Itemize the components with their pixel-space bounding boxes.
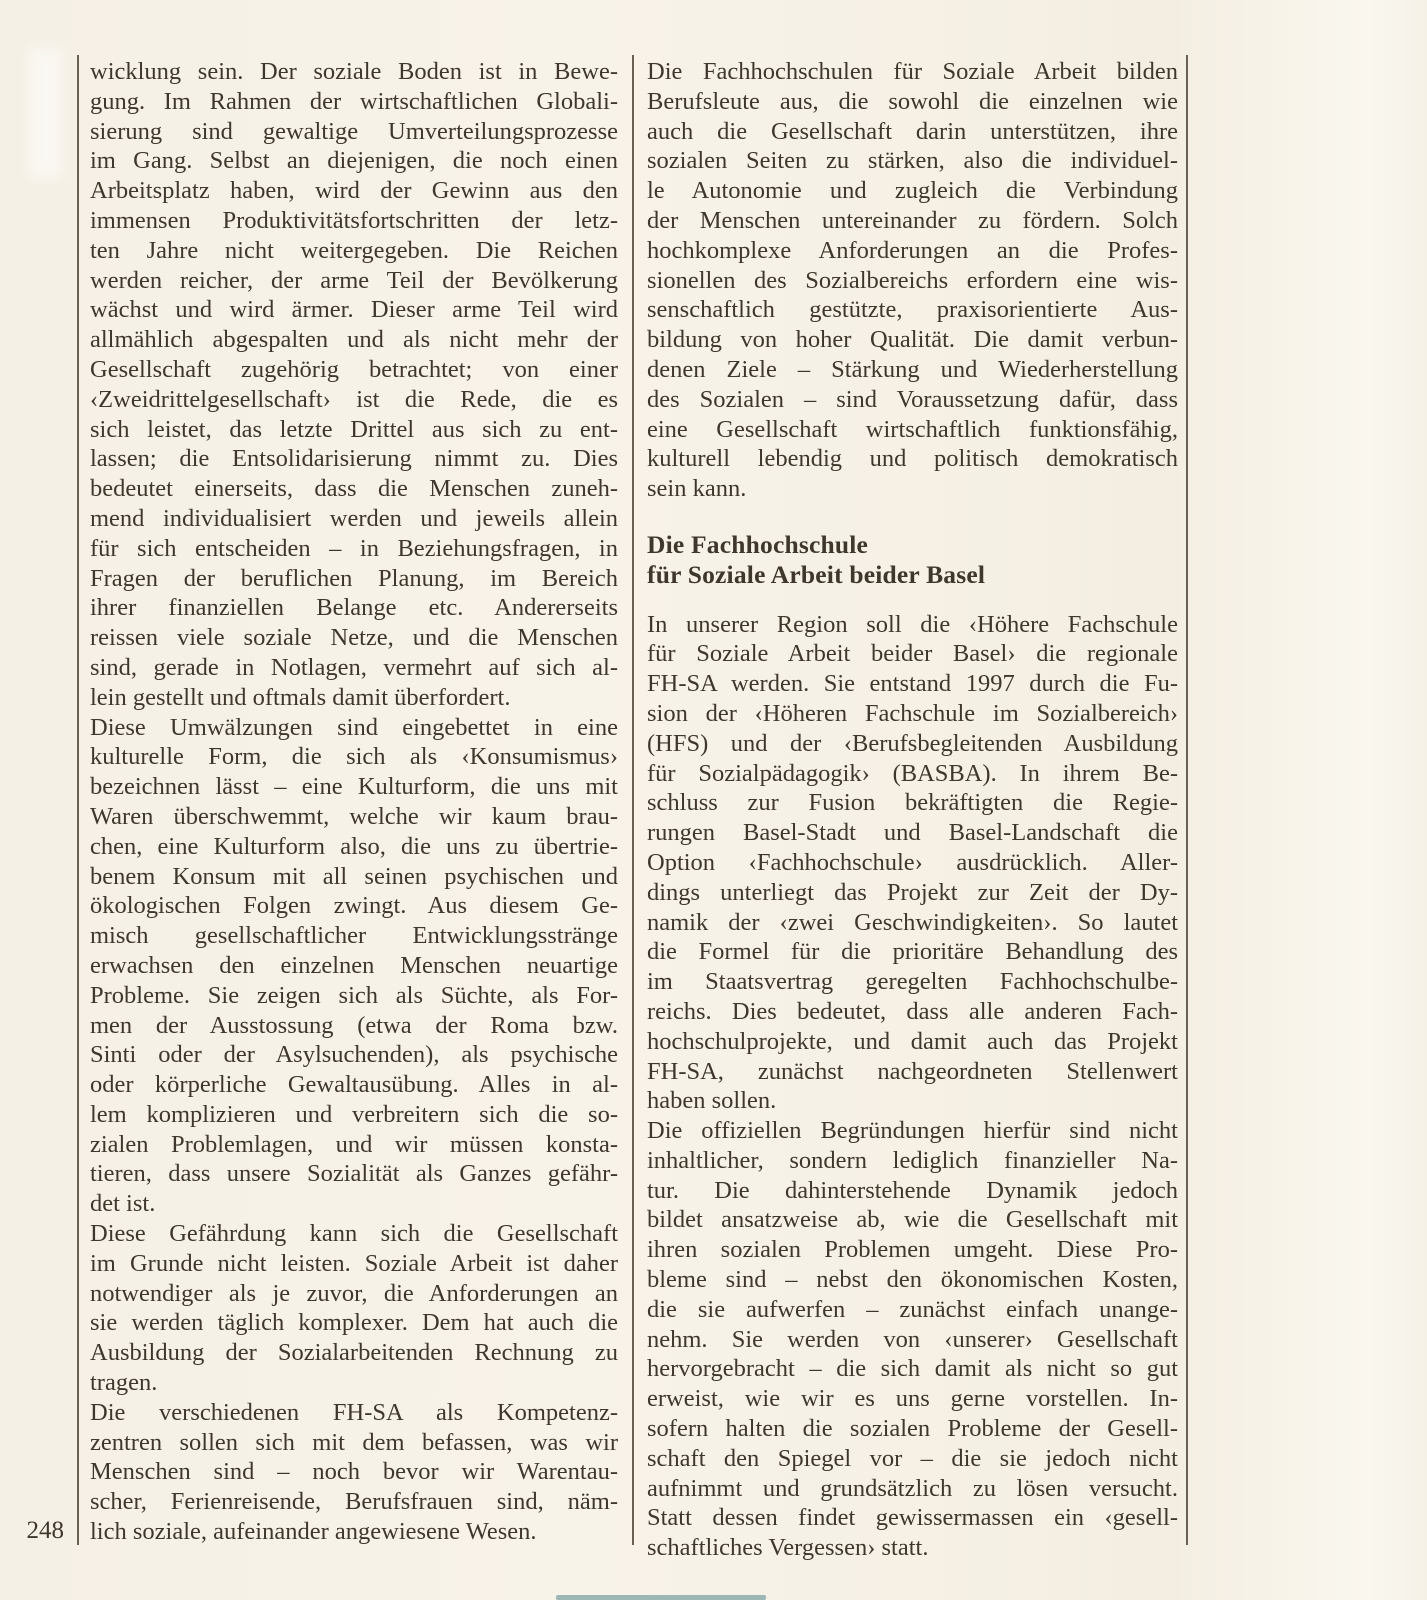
text-line: oder körperliche Gewaltausübung. Alles i…: [90, 1070, 618, 1100]
text-line: erwachsen den einzelnen Menschen neuarti…: [90, 951, 618, 981]
text-line: schluss zur Fusion bekräftigten die Regi…: [647, 788, 1178, 818]
heading-line: für Soziale Arbeit beider Basel: [647, 560, 1178, 590]
text-line: gung. Im Rahmen der wirtschaftlichen Glo…: [90, 87, 618, 117]
text-line: namik der ‹zwei Geschwindigkeiten›. So l…: [647, 908, 1178, 938]
text-line: schaftliches Vergessen› statt.: [647, 1533, 1178, 1563]
text-line: reichs. Dies bedeutet, dass alle anderen…: [647, 997, 1178, 1027]
text-line: eine Gesellschaft wirtschaftlich funktio…: [647, 415, 1178, 445]
text-line: sofern halten die sozialen Probleme der …: [647, 1414, 1178, 1444]
text-line: inhaltlicher, sondern lediglich finanzie…: [647, 1146, 1178, 1176]
text-line: Fragen der beruflichen Planung, im Berei…: [90, 564, 618, 594]
text-line: ‹Zweidrittelgesellschaft› ist die Rede, …: [90, 385, 618, 415]
body-paragraph: Die Fachhochschulen für Soziale Arbeit b…: [647, 57, 1178, 504]
left-column-rule: [77, 55, 79, 1545]
text-line: Arbeitsplatz haben, wird der Gewinn aus …: [90, 176, 618, 206]
text-line: allmählich abgespalten und als nicht meh…: [90, 325, 618, 355]
text-line: Ausbildung der Sozialarbeitenden Rechnun…: [90, 1338, 618, 1368]
text-line: kulturell lebendig und politisch demokra…: [647, 444, 1178, 474]
text-line: ten Jahre nicht weitergegeben. Die Reich…: [90, 236, 618, 266]
text-line: bezeichnen lässt – eine Kulturform, die …: [90, 772, 618, 802]
text-line: schaft den Spiegel vor – die sie jedoch …: [647, 1444, 1178, 1474]
text-line: Sinti oder der Asylsuchenden), als psych…: [90, 1040, 618, 1070]
body-paragraph: wicklung sein. Der soziale Boden ist in …: [90, 57, 618, 713]
text-line: tur. Die dahinterstehende Dynamik jedoch: [647, 1176, 1178, 1206]
left-column: wicklung sein. Der soziale Boden ist in …: [90, 57, 618, 1547]
text-line: Die offiziellen Begründungen hierfür sin…: [647, 1116, 1178, 1146]
text-line: Gesellschaft zugehörig betrachtet; von e…: [90, 355, 618, 385]
text-line: sind, gerade in Notlagen, vermehrt auf s…: [90, 653, 618, 683]
text-line: misch gesellschaftlicher Entwicklungsstr…: [90, 921, 618, 951]
text-line: reissen viele soziale Netze, und die Men…: [90, 623, 618, 653]
text-line: ihren sozialen Problemen umgeht. Diese P…: [647, 1235, 1178, 1265]
text-line: sich leistet, das letzte Drittel aus sic…: [90, 415, 618, 445]
text-line: Die verschiedenen FH-SA als Kompetenz-: [90, 1398, 618, 1428]
text-line: des Sozialen – sind Voraussetzung dafür,…: [647, 385, 1178, 415]
right-column: Die Fachhochschulen für Soziale Arbeit b…: [647, 57, 1178, 1563]
text-line: hochschulprojekte, und damit auch das Pr…: [647, 1027, 1178, 1057]
text-line: mend individualisiert werden und jeweils…: [90, 504, 618, 534]
text-line: bleme sind – nebst den ökonomischen Kost…: [647, 1265, 1178, 1295]
text-line: FH-SA werden. Sie entstand 1997 durch di…: [647, 669, 1178, 699]
text-line: aufnimmt und grundsätzlich zu lösen vers…: [647, 1474, 1178, 1504]
text-line: scher, Ferienreisende, Berufsfrauen sind…: [90, 1487, 618, 1517]
scan-edge-artifact: [556, 1595, 766, 1600]
text-line: lassen; die Entsolidarisierung nimmt zu.…: [90, 444, 618, 474]
right-column-rule: [1186, 55, 1188, 1545]
heading-line: Die Fachhochschule: [647, 530, 1178, 560]
column-divider-rule: [632, 55, 634, 1545]
body-paragraph: Die offiziellen Begründungen hierfür sin…: [647, 1116, 1178, 1563]
text-line: kulturelle Form, die sich als ‹Konsumism…: [90, 742, 618, 772]
text-line: sion der ‹Höheren Fachschule im Sozialbe…: [647, 699, 1178, 729]
text-line: men der Ausstossung (etwa der Roma bzw.: [90, 1011, 618, 1041]
text-line: Option ‹Fachhochschule› ausdrücklich. Al…: [647, 848, 1178, 878]
text-line: erweist, wie wir es uns gerne vorstellen…: [647, 1384, 1178, 1414]
text-line: ihrer finanziellen Belange etc. Anderers…: [90, 593, 618, 623]
text-line: immensen Produktivitätsfortschritten der…: [90, 206, 618, 236]
text-line: benem Konsum mit all seinen psychischen …: [90, 862, 618, 892]
text-line: zialen Problemlagen, und wir müssen kons…: [90, 1130, 618, 1160]
text-line: der Menschen untereinander zu fördern. S…: [647, 206, 1178, 236]
text-line: sozialen Seiten zu stärken, also die ind…: [647, 146, 1178, 176]
text-line: lich soziale, aufeinander angewiesene We…: [90, 1517, 618, 1547]
text-line: Diese Gefährdung kann sich die Gesellsch…: [90, 1219, 618, 1249]
text-line: sein kann.: [647, 474, 1178, 504]
text-line: FH-SA, zunächst nachgeordneten Stellenwe…: [647, 1057, 1178, 1087]
text-line: (HFS) und der ‹Berufsbegleitenden Ausbil…: [647, 729, 1178, 759]
text-line: lem komplizieren und verbreitern sich di…: [90, 1100, 618, 1130]
page-number: 248: [14, 1516, 64, 1546]
text-line: chen, eine Kulturform also, die uns zu ü…: [90, 832, 618, 862]
text-line: notwendiger als je zuvor, die Anforderun…: [90, 1279, 618, 1309]
text-line: im Staatsvertrag geregelten Fachhochschu…: [647, 967, 1178, 997]
text-line: hervorgebracht – die sich damit als nich…: [647, 1354, 1178, 1384]
text-line: dings unterliegt das Projekt zur Zeit de…: [647, 878, 1178, 908]
section-heading: Die Fachhochschulefür Soziale Arbeit bei…: [647, 530, 1178, 590]
text-line: wächst und wird ärmer. Dieser arme Teil …: [90, 295, 618, 325]
body-paragraph: Die verschiedenen FH-SA als Kompetenz-ze…: [90, 1398, 618, 1547]
text-line: Berufsleute aus, die sowohl die einzelne…: [647, 87, 1178, 117]
text-line: sierung sind gewaltige Umverteilungsproz…: [90, 117, 618, 147]
text-line: im Gang. Selbst an diejenigen, die noch …: [90, 146, 618, 176]
text-line: Diese Umwälzungen sind eingebettet in ei…: [90, 713, 618, 743]
text-line: haben sollen.: [647, 1086, 1178, 1116]
text-line: Die Fachhochschulen für Soziale Arbeit b…: [647, 57, 1178, 87]
text-line: rungen Basel-Stadt und Basel-Landschaft …: [647, 818, 1178, 848]
text-line: für Soziale Arbeit beider Basel› die reg…: [647, 639, 1178, 669]
text-line: bildung von hoher Qualität. Die damit ve…: [647, 325, 1178, 355]
text-line: auch die Gesellschaft darin unterstützen…: [647, 117, 1178, 147]
text-line: Statt dessen findet gewissermassen ein ‹…: [647, 1503, 1178, 1533]
text-line: hochkomplexe Anforderungen an die Profes…: [647, 236, 1178, 266]
text-line: le Autonomie und zugleich die Verbindung: [647, 176, 1178, 206]
text-line: für Sozialpädagogik› (BASBA). In ihrem B…: [647, 759, 1178, 789]
text-line: bildet ansatzweise ab, wie die Gesellsch…: [647, 1205, 1178, 1235]
corner-ghost: [28, 48, 62, 178]
text-line: im Grunde nicht leisten. Soziale Arbeit …: [90, 1249, 618, 1279]
text-line: sionellen des Sozialbereichs erfordern e…: [647, 266, 1178, 296]
text-line: die sie aufwerfen – zunächst einfach una…: [647, 1295, 1178, 1325]
text-line: nehm. Sie werden von ‹unserer› Gesellsch…: [647, 1325, 1178, 1355]
text-line: sie werden täglich komplexer. Dem hat au…: [90, 1308, 618, 1338]
body-paragraph: In unserer Region soll die ‹Höhere Fachs…: [647, 610, 1178, 1117]
text-line: lein gestellt und oftmals damit überford…: [90, 683, 618, 713]
text-line: für sich entscheiden – in Beziehungsfrag…: [90, 534, 618, 564]
body-paragraph: Diese Umwälzungen sind eingebettet in ei…: [90, 713, 618, 1220]
text-line: Probleme. Sie zeigen sich als Süchte, al…: [90, 981, 618, 1011]
text-line: denen Ziele – Stärkung und Wiederherstel…: [647, 355, 1178, 385]
text-line: In unserer Region soll die ‹Höhere Fachs…: [647, 610, 1178, 640]
text-line: ökologischen Folgen zwingt. Aus diesem G…: [90, 891, 618, 921]
text-line: bedeutet einerseits, dass die Menschen z…: [90, 474, 618, 504]
body-paragraph: Diese Gefährdung kann sich die Gesellsch…: [90, 1219, 618, 1398]
text-line: werden reicher, der arme Teil der Bevölk…: [90, 266, 618, 296]
text-line: Menschen sind – noch bevor wir Warentau-: [90, 1457, 618, 1487]
text-line: senschaftlich gestützte, praxisorientier…: [647, 295, 1178, 325]
text-line: tragen.: [90, 1368, 618, 1398]
text-line: Waren überschwemmt, welche wir kaum brau…: [90, 802, 618, 832]
text-line: die Formel für die prioritäre Behandlung…: [647, 937, 1178, 967]
text-line: tieren, dass unsere Sozialität als Ganze…: [90, 1159, 618, 1189]
text-line: zentren sollen sich mit dem befassen, wa…: [90, 1428, 618, 1458]
text-line: det ist.: [90, 1189, 618, 1219]
text-line: wicklung sein. Der soziale Boden ist in …: [90, 57, 618, 87]
